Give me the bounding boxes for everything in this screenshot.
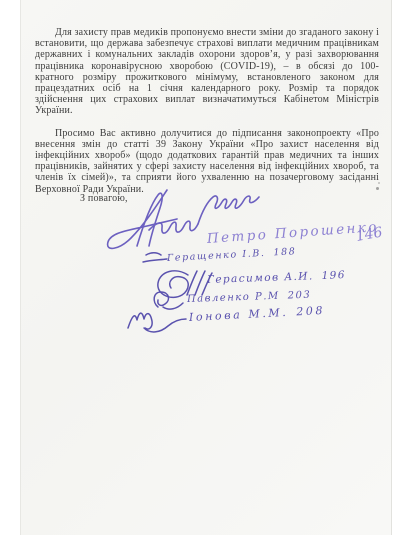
signature-flourish-gerashchenko <box>141 250 169 266</box>
scan-speck <box>378 182 380 184</box>
scanned-letter: Для захисту прав медиків пропонуємо внес… <box>0 0 413 535</box>
document-page: Для захисту прав медиків пропонуємо внес… <box>20 0 392 535</box>
paragraph-protection-of-medics: Для захисту прав медиків пропонуємо внес… <box>35 27 379 117</box>
signature-line-ionova: Іонова М.М.208 <box>189 304 326 324</box>
signature-number-gerasymov: 196 <box>321 269 346 282</box>
paragraph-request-to-sign: Просимо Вас активно долучитися до підпис… <box>35 128 379 195</box>
signature-number-pavlenko: 203 <box>287 290 311 302</box>
signature-flourish-large <box>101 186 271 258</box>
signature-number-ionova: 208 <box>296 304 325 318</box>
signature-name-ionova: Іонова М.М. <box>189 306 289 324</box>
scan-speck <box>376 187 379 190</box>
signature-line-gerasymov: Герасимов А.И.196 <box>207 269 346 286</box>
signature-name-pavlenko: Павленко Р.М <box>187 291 280 305</box>
signature-name-gerasymov: Герасимов А.И. <box>207 270 314 286</box>
signature-flourish-ionova <box>124 306 188 334</box>
letter-body: Для захисту прав медиків пропонуємо внес… <box>35 27 379 195</box>
signature-number-poroshenko: 146 <box>355 224 384 244</box>
signature-number-gerashchenko: 188 <box>273 246 296 258</box>
